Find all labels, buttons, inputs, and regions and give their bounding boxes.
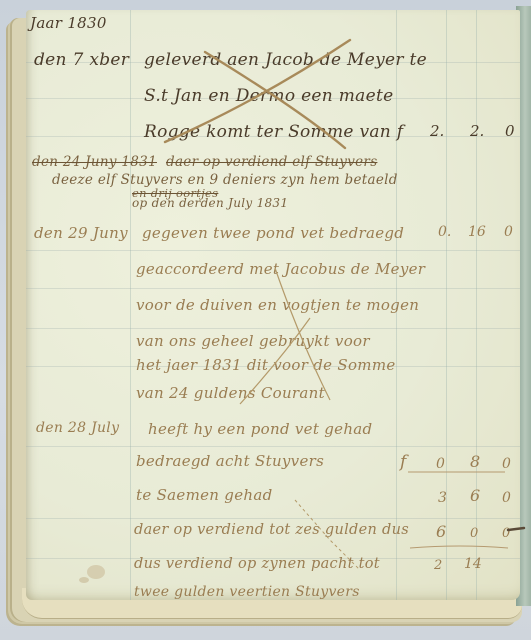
penning-column-rule <box>476 10 477 600</box>
entry-4-amount-3-guilders: 6 <box>436 522 446 541</box>
entry-3-amount-guilders: 0. <box>438 224 451 240</box>
entry-4-amount-3-penning: 0 <box>502 526 510 541</box>
entry-4-amount-2-penning: 0 <box>502 490 511 506</box>
entry-4-amount-1-guilders: 0 <box>436 456 445 472</box>
entry-4-amount-4-stuivers: 14 <box>464 556 482 572</box>
entry-3-amount-penning: 0 <box>504 224 513 240</box>
entry-4-line-5: dus verdiend op zynen pacht tot <box>134 556 380 572</box>
entry-4-line-3: te Saemen gehad <box>136 486 272 504</box>
entry-2-date: den 24 Juny 1831 <box>32 154 157 170</box>
entry-1-amount-penning: 0 <box>505 122 515 140</box>
entry-1-line-3: Rogge komt ter Somme van f <box>144 122 403 142</box>
entry-4-date: den 28 July <box>36 420 119 436</box>
entry-3-date: den 29 Juny <box>34 224 128 242</box>
entry-1-date: den 7 xber <box>34 50 129 70</box>
entry-2-line-4: op den derden July 1831 <box>132 196 288 210</box>
entry-3-line-5: het jaer 1831 dit voor de Somme <box>136 356 396 374</box>
entry-4-line-4: daer op verdiend tot zes gulden dus <box>134 522 409 538</box>
entry-3-line-4: van ons geheel gebruykt voor <box>136 332 370 350</box>
entry-4-amount-2-guilders: 3 <box>438 490 447 506</box>
entry-2-line-1: daer op verdiend elf Stuyvers <box>166 154 377 170</box>
entry-3-line-6: van 24 guldens Courant <box>136 384 325 402</box>
entry-4-amount-3-stuivers: 0 <box>470 526 478 541</box>
entry-4-amount-1-stuivers: 8 <box>470 452 480 471</box>
entry-1-line-1: geleverd aen Jacob de Meyer te <box>144 50 427 70</box>
date-column-rule <box>130 10 131 600</box>
entry-1-amount-guilders: 2. <box>430 122 444 140</box>
entry-4-amount-1-penning: 0 <box>502 456 511 472</box>
entry-1-line-2: S.t Jan en Dermo een maete <box>144 86 393 106</box>
page-header-year: Jaar 1830 <box>30 14 107 32</box>
entry-4-amount-2-stuivers: 6 <box>470 486 480 505</box>
entry-4-line-1: heeft hy een pond vet gehad <box>148 420 372 438</box>
entry-4-line-6: twee gulden veertien Stuyvers <box>134 584 360 600</box>
entry-4-line-2: bedraegd acht Stuyvers <box>136 452 324 470</box>
stuivers-column-rule <box>446 10 447 600</box>
entry-3-line-3: voor de duiven en vogtjen te mogen <box>136 296 419 314</box>
entry-2-line-2: deeze elf Stuyvers en 9 deniers zyn hem … <box>52 172 398 188</box>
entry-3-line-1: gegeven twee pond vet bedraegd <box>142 224 404 242</box>
entry-3-amount-stuivers: 16 <box>468 224 486 240</box>
entry-1-amount-stuivers: 2. <box>470 122 484 140</box>
entry-4-amount-4-guilders: 2 <box>434 558 442 573</box>
entry-3-line-2: geaccordeerd met Jacobus de Meyer <box>136 260 425 278</box>
entry-4-amount-1-prefix: f <box>400 452 406 472</box>
